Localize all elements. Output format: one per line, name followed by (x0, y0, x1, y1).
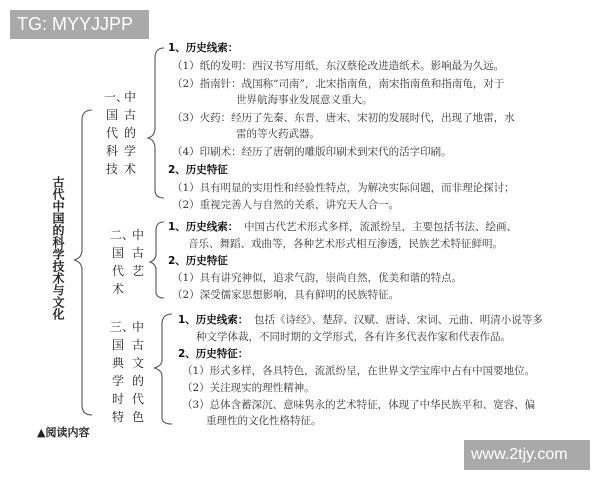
s1-heading-features: 2、历史特征 (168, 163, 228, 177)
s1-heading-clues: 1、历史线索： (168, 41, 238, 55)
s1-item-compass: （2）指南针：战国称“司南”，北宋指南鱼，南宋指南鱼和指南龟，对于 (172, 77, 504, 91)
section-3-label-col2: 中 古 文 的 代 色 (130, 318, 146, 426)
section-3-label-col1: 三、 国 典 学 时 特 (110, 318, 126, 426)
section-1-label-col1: 一、 国 代 科 技 (104, 88, 120, 178)
section-2-label-col2: 中 古 艺 (130, 226, 146, 280)
s2-heading-clues: 1、历史线索： (168, 220, 238, 234)
s1-item-compass-cont: 世界航海事业发展意义重大。 (236, 93, 373, 107)
s1-item-paper: （1）纸的发明：西汉书写用纸，东汉蔡伦改进造纸术。影响最为久远。 (172, 59, 504, 73)
reading-content-caption: ▲阅读内容 (37, 424, 89, 440)
s2-feature-1: （1）具有讲究神似，追求气韵，崇尚自然，优美和谐的特点。 (172, 271, 462, 285)
s3-clues-text: 包括《诗经》、楚辞、汉赋、唐诗、宋词、元曲、明清小说等多 (254, 313, 543, 327)
s3-heading-features: 2、历史特征： (178, 347, 248, 361)
s1-item-printing: （4）印刷术：经历了唐朝的雕版印刷术到宋代的活字印刷。 (172, 145, 452, 159)
s3-feature-1: （1）形式多样，各具特色，流派纷呈，在世界文学宝库中占有中国要地位。 (182, 364, 535, 378)
s2-clues-text-cont: 音乐、舞蹈、戏曲等，各种艺术形式相互渗透，民族艺术特征鲜明。 (188, 237, 503, 251)
s3-feature-2: （2）关注现实的理性精神。 (182, 381, 315, 395)
s2-clues-text: 中国古代艺术形式多样，流派纷呈，主要包括书法、绘画、 (244, 220, 517, 234)
watermark-top: TG: MYYJJPP (10, 10, 149, 39)
section-2-label-col1: 二、 国 代 术 (110, 226, 126, 298)
watermark-bottom: www.2tjy.com (464, 440, 590, 470)
s2-heading-features: 2、历史特征 (168, 254, 228, 268)
s3-feature-3: （3）总体含蓄深沉、意味隽永的艺术特征，体现了中华民族平和、宽容、偏 (182, 398, 535, 412)
s3-feature-3-cont: 重理性的文化性格特征。 (206, 414, 322, 428)
s3-clues-text-cont: 种文学体裁，不同时期的文学形式，各有许多代表作家和代表作品。 (196, 330, 511, 344)
root-title: 古代中国的科学技术与文化 (50, 176, 67, 320)
section-1-label-col2: 中 古 的 学 术 (122, 88, 138, 178)
s1-item-gunpowder: （3）火药：经历了先秦、东晋、唐末、宋初的发展时代，出现了地雷，水 (172, 111, 515, 125)
s3-heading-clues: 1、历史线索： (178, 313, 248, 327)
s2-feature-2: （2）深受儒家思想影响，具有鲜明的民族特征。 (172, 288, 399, 302)
s1-item-gunpowder-cont: 雷的等火药武器。 (236, 127, 320, 141)
s1-feature-1: （1）具有明显的实用性和经验性特点，为解决实际问题，而非理论探讨； (172, 181, 515, 195)
s1-feature-2: （2）重视完善人与自然的关系，讲究天人合一。 (172, 198, 399, 212)
